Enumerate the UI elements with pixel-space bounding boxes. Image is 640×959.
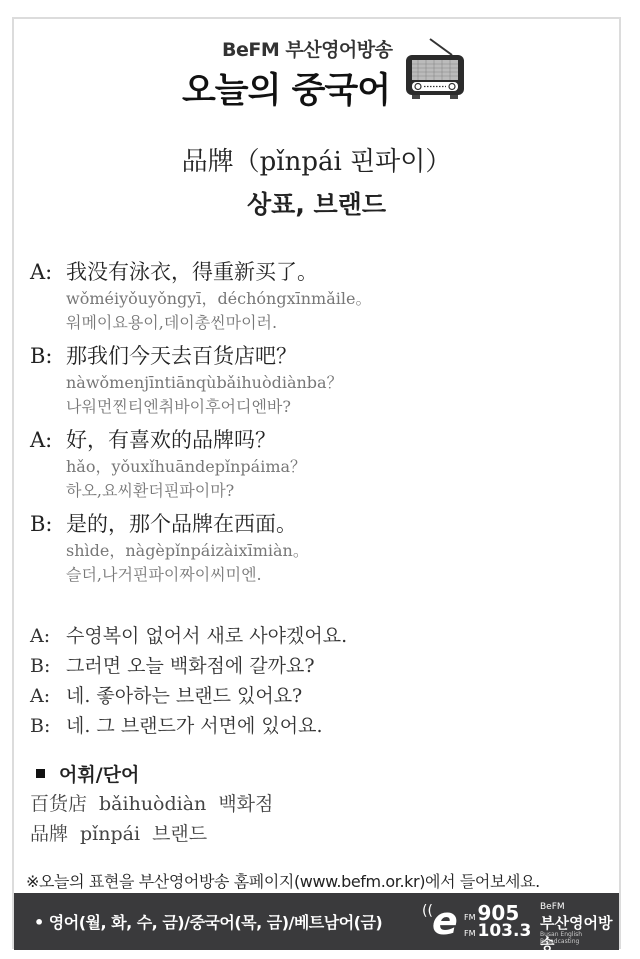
chinese-sentence: 我没有泳衣，得重新买了。 <box>66 260 318 284</box>
dialogue-turn: B:那我们今天去百货店吧？ nàwǒmenjīntiānqùbǎihuòdiàn… <box>30 341 610 419</box>
footer-bar: • 영어(월, 화, 수, 금)/중국어(목, 금)/베트남어(금) (( e … <box>14 893 619 950</box>
translation-line: A:네. 좋아하는 브랜드 있어요? <box>30 681 610 711</box>
vocabulary-heading: 어휘/단어 <box>30 761 610 789</box>
vocab-korean: 브랜드 <box>152 823 207 845</box>
pinyin-line: hǎo，yǒuxǐhuāndepǐnpáima？ <box>30 455 610 479</box>
pronunciation-line: 워메이요용이,데이총씬마이러. <box>30 311 610 335</box>
header: BeFM 부산영어방송 오늘의 중국어 <box>14 19 619 119</box>
pinyin-line: nàwǒmenjīntiānqùbǎihuòdiànba？ <box>30 371 610 395</box>
pronunciation-line: 슬더,나거핀파이짜이씨미엔. <box>30 563 610 587</box>
vocab-item: 百货店bǎihuòdiàn백화점 <box>30 789 610 819</box>
speaker-label: A: <box>30 621 66 651</box>
word-meaning: 상표, 브랜드 <box>14 185 619 221</box>
chinese-sentence: 好，有喜欢的品牌吗？ <box>66 428 276 452</box>
translation-text: 네. 그 브랜드가 서면에 있어요. <box>66 715 323 737</box>
chinese-sentence: 是的，那个品牌在西面。 <box>66 512 297 536</box>
e-logo-icon: e <box>432 899 458 943</box>
speaker-label: B: <box>30 509 66 539</box>
logo-befm-small: BeFM <box>540 902 565 912</box>
korean-translation: A:수영복이 없어서 새로 사야겠어요. B:그러면 오늘 백화점에 갈까요? … <box>30 621 610 741</box>
vocabulary-section: 어휘/단어 百货店bǎihuòdiàn백화점 品牌pǐnpái브랜드 <box>30 761 610 849</box>
logo-brand-english: Busan English Broadcasting <box>540 931 622 945</box>
pronunciation-line: 나워먼찐티엔취바이후어디엔바? <box>30 395 610 419</box>
chinese-dialogue: A:我没有泳衣，得重新买了。 wǒméiyǒuyǒngyī，déchóngxīn… <box>30 257 610 593</box>
vocab-korean: 백화점 <box>218 793 273 815</box>
speaker-label: A: <box>30 425 66 455</box>
befm-logo: (( e FM905 FM103.3 BeFM 부산영어방송 Busan Eng… <box>422 899 622 945</box>
vocab-pinyin: bǎihuòdiàn <box>99 793 206 815</box>
frequency-1033: FM103.3 <box>464 921 531 941</box>
dialogue-turn: A:好，有喜欢的品牌吗？ hǎo，yǒuxǐhuāndepǐnpáima？ 하오… <box>30 425 610 503</box>
translation-line: A:수영복이 없어서 새로 사야겠어요. <box>30 621 610 651</box>
speaker-label: B: <box>30 651 66 681</box>
lesson-panel: BeFM 부산영어방송 오늘의 중국어 品牌（pǐnpái 핀파이） 상표, 브… <box>12 17 621 949</box>
speaker-label: B: <box>30 341 66 371</box>
speaker-label: A: <box>30 257 66 287</box>
translation-text: 그러면 오늘 백화점에 갈까요? <box>66 655 315 677</box>
pinyin-line: shìde，nàgèpǐnpáizàixīmiàn。 <box>30 539 610 563</box>
vocab-item: 品牌pǐnpái브랜드 <box>30 819 610 849</box>
word-title: 品牌（pǐnpái 핀파이） <box>14 141 619 178</box>
translation-text: 네. 좋아하는 브랜드 있어요? <box>66 685 302 707</box>
pronunciation-line: 하오,요씨환더핀파이마? <box>30 479 610 503</box>
vocab-pinyin: pǐnpái <box>80 823 140 845</box>
show-title: 오늘의 중국어 <box>182 63 390 113</box>
broadcast-schedule: • 영어(월, 화, 수, 금)/중국어(목, 금)/베트남어(금) <box>34 910 382 933</box>
vocab-hanzi: 品牌 <box>30 823 68 845</box>
radio-icon <box>400 37 470 107</box>
translation-text: 수영복이 없어서 새로 사야겠어요. <box>66 625 347 647</box>
translation-line: B:네. 그 브랜드가 서면에 있어요. <box>30 711 610 741</box>
vocab-hanzi: 百货店 <box>30 793 87 815</box>
speaker-label: B: <box>30 711 66 741</box>
square-bullet-icon <box>36 769 45 778</box>
translation-line: B:그러면 오늘 백화점에 갈까요? <box>30 651 610 681</box>
chinese-sentence: 那我们今天去百货店吧？ <box>66 344 297 368</box>
speaker-label: A: <box>30 681 66 711</box>
pinyin-line: wǒméiyǒuyǒngyī，déchóngxīnmǎile。 <box>30 287 610 311</box>
dialogue-turn: B:是的，那个品牌在西面。 shìde，nàgèpǐnpáizàixīmiàn。… <box>30 509 610 587</box>
listen-notice: ※오늘의 표현을 부산영어방송 홈페이지(www.befm.or.kr)에서 들… <box>26 869 616 892</box>
brand-line: BeFM 부산영어방송 <box>222 35 393 62</box>
dialogue-turn: A:我没有泳衣，得重新买了。 wǒméiyǒuyǒngyī，déchóngxīn… <box>30 257 610 335</box>
